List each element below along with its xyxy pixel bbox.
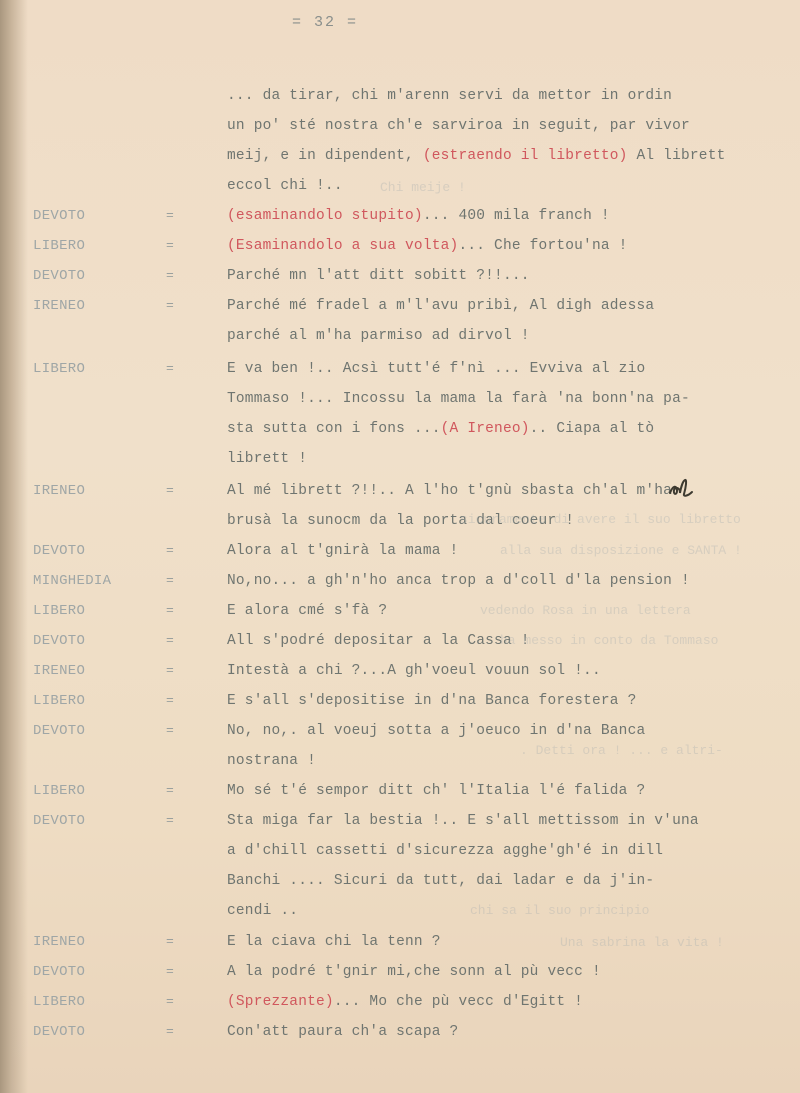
show-through-text: sicuramente di avere il suo libretto	[460, 512, 741, 527]
page-number: = 32 =	[292, 14, 358, 31]
dialogue-text: E s'all s'depositise in d'na Banca fores…	[227, 689, 636, 713]
dialogue-text: Tommaso !... Incossu la mama la farà 'na…	[227, 387, 690, 411]
dialogue-fragment: .. Ciapa al tò	[530, 421, 655, 437]
script-line: IRENEO=Intestà a chi ?...A gh'voeul vouu…	[0, 659, 800, 683]
dialogue-separator: =	[166, 779, 174, 803]
dialogue-fragment: E la ciava chi la tenn ?	[227, 934, 441, 950]
script-line: LIBERO=(Esaminandolo a sua volta)... Che…	[0, 234, 800, 258]
dialogue-text: (esaminandolo stupito)... 400 mila franc…	[227, 204, 610, 228]
stage-direction: (esaminandolo stupito)	[227, 208, 423, 224]
show-through-text: Una sabrina la vita !	[560, 935, 724, 950]
dialogue-text: ... da tirar, chi m'arenn servi da metto…	[227, 84, 672, 108]
speaker-name: DEVOTO	[33, 809, 85, 833]
dialogue-text: (Sprezzante)... Mo che pù vecc d'Egitt !	[227, 990, 583, 1014]
dialogue-fragment: No, no,. al voeuj sotta a j'oeuco in d'n…	[227, 723, 645, 739]
speaker-name: IRENEO	[33, 294, 85, 318]
dialogue-text: eccol chi !..	[227, 174, 343, 198]
script-line: LIBERO=E va ben !.. Acsì tutt'é f'nì ...…	[0, 357, 800, 381]
dialogue-separator: =	[166, 1020, 174, 1044]
dialogue-separator: =	[166, 539, 174, 563]
dialogue-text: Parché mn l'att ditt sobitt ?!!...	[227, 264, 530, 288]
dialogue-separator: =	[166, 264, 174, 288]
dialogue-fragment: Parché mn l'att ditt sobitt ?!!...	[227, 268, 530, 284]
dialogue-fragment: E alora cmé s'fà ?	[227, 603, 387, 619]
dialogue-text: un po' sté nostra ch'e sarviroa in segui…	[227, 114, 690, 138]
dialogue-fragment: No,no... a gh'n'ho anca trop a d'coll d'…	[227, 573, 690, 589]
script-line: cendi ..	[0, 899, 800, 923]
dialogue-text: parché al m'ha parmiso ad dirvol !	[227, 324, 530, 348]
dialogue-fragment: nostrana !	[227, 753, 316, 769]
dialogue-separator: =	[166, 960, 174, 984]
script-line: LIBERO=Mo sé t'é sempor ditt ch' l'Itali…	[0, 779, 800, 803]
dialogue-text: No,no... a gh'n'ho anca trop a d'coll d'…	[227, 569, 690, 593]
dialogue-fragment: All s'podré depositar a la Cassa !	[227, 633, 530, 649]
speaker-name: DEVOTO	[33, 1020, 85, 1044]
dialogue-fragment: cendi ..	[227, 903, 298, 919]
script-line: LIBERO=(Sprezzante)... Mo che pù vecc d'…	[0, 990, 800, 1014]
script-line: librett !	[0, 447, 800, 471]
dialogue-separator: =	[166, 234, 174, 258]
script-line: DEVOTO=A la podré t'gnir mi,che sonn al …	[0, 960, 800, 984]
speaker-name: LIBERO	[33, 234, 85, 258]
dialogue-fragment: a d'chill cassetti d'sicurezza agghe'gh'…	[227, 843, 663, 859]
dialogue-text: All s'podré depositar a la Cassa !	[227, 629, 530, 653]
dialogue-separator: =	[166, 357, 174, 381]
dialogue-text: cendi ..	[227, 899, 298, 923]
speaker-name: LIBERO	[33, 599, 85, 623]
dialogue-separator: =	[166, 204, 174, 228]
script-line: DEVOTO=(esaminandolo stupito)... 400 mil…	[0, 204, 800, 228]
dialogue-fragment: librett !	[227, 451, 307, 467]
dialogue-fragment: Tommaso !... Incossu la mama la farà 'na…	[227, 391, 690, 407]
dialogue-separator: =	[166, 809, 174, 833]
dialogue-fragment: parché al m'ha parmiso ad dirvol !	[227, 328, 530, 344]
speaker-name: IRENEO	[33, 930, 85, 954]
script-line: Tommaso !... Incossu la mama la farà 'na…	[0, 387, 800, 411]
dialogue-fragment: Con'att paura ch'a scapa ?	[227, 1024, 458, 1040]
script-line: MINGHEDIA=No,no... a gh'n'ho anca trop a…	[0, 569, 800, 593]
show-through-text: alla sua disposizione e SANTA !	[500, 543, 742, 558]
dialogue-text: Banchi .... Sicuri da tutt, dai ladar e …	[227, 869, 654, 893]
dialogue-fragment: E va ben !.. Acsì tutt'é f'nì ... Evviva…	[227, 361, 645, 377]
speaker-name: DEVOTO	[33, 719, 85, 743]
speaker-name: LIBERO	[33, 779, 85, 803]
dialogue-separator: =	[166, 990, 174, 1014]
dialogue-separator: =	[166, 294, 174, 318]
dialogue-fragment: Intestà a chi ?...A gh'voeul vouun sol !…	[227, 663, 601, 679]
dialogue-separator: =	[166, 629, 174, 653]
speaker-name: DEVOTO	[33, 204, 85, 228]
dialogue-fragment: Banchi .... Sicuri da tutt, dai ladar e …	[227, 873, 654, 889]
dialogue-text: meij, e in dipendent, (estraendo il libr…	[227, 144, 726, 168]
dialogue-fragment: E s'all s'depositise in d'na Banca fores…	[227, 693, 636, 709]
stage-direction: (estraendo il libretto)	[423, 148, 628, 164]
dialogue-text: Alora al t'gnirà la mama !	[227, 539, 458, 563]
stage-direction: (Esaminandolo a sua volta)	[227, 238, 458, 254]
script-line: meij, e in dipendent, (estraendo il libr…	[0, 144, 800, 168]
dialogue-text: sta sutta con i fons ...(A Ireneo).. Cia…	[227, 417, 654, 441]
script-line: DEVOTO=No, no,. al voeuj sotta a j'oeuco…	[0, 719, 800, 743]
speaker-name: DEVOTO	[33, 629, 85, 653]
dialogue-text: Mo sé t'é sempor ditt ch' l'Italia l'é f…	[227, 779, 645, 803]
dialogue-text: Sta miga far la bestia !.. E s'all metti…	[227, 809, 699, 833]
dialogue-text: a d'chill cassetti d'sicurezza agghe'gh'…	[227, 839, 663, 863]
dialogue-separator: =	[166, 930, 174, 954]
dialogue-separator: =	[166, 659, 174, 683]
show-through-text: . Detti ora ! ... e altri-	[520, 743, 723, 758]
script-line: DEVOTO=Sta miga far la bestia !.. E s'al…	[0, 809, 800, 833]
script-line: LIBERO=E s'all s'depositise in d'na Banc…	[0, 689, 800, 713]
dialogue-fragment: ... Che fortou'na !	[458, 238, 627, 254]
dialogue-fragment: ... 400 mila franch !	[423, 208, 610, 224]
dialogue-fragment: meij, e in dipendent,	[227, 148, 423, 164]
dialogue-text: E la ciava chi la tenn ?	[227, 930, 441, 954]
show-through-text: chi sa il suo principio	[470, 903, 649, 918]
speaker-name: DEVOTO	[33, 539, 85, 563]
dialogue-fragment: Parché mé fradel a m'l'avu pribì, Al dig…	[227, 298, 654, 314]
dialogue-text: Al mé librett ?!!.. A l'ho t'gnù sbasta …	[227, 479, 672, 503]
dialogue-separator: =	[166, 689, 174, 713]
dialogue-fragment: ... da tirar, chi m'arenn servi da metto…	[227, 88, 672, 104]
dialogue-fragment: sta sutta con i fons ...	[227, 421, 441, 437]
script-line: ... da tirar, chi m'arenn servi da metto…	[0, 84, 800, 108]
dialogue-text: No, no,. al voeuj sotta a j'oeuco in d'n…	[227, 719, 645, 743]
speaker-name: LIBERO	[33, 357, 85, 381]
script-line: parché al m'ha parmiso ad dirvol !	[0, 324, 800, 348]
dialogue-fragment: Al mé librett ?!!.. A l'ho t'gnù sbasta …	[227, 483, 672, 499]
dialogue-text: E alora cmé s'fà ?	[227, 599, 387, 623]
dialogue-text: Con'att paura ch'a scapa ?	[227, 1020, 458, 1044]
dialogue-fragment: Mo sé t'é sempor ditt ch' l'Italia l'é f…	[227, 783, 645, 799]
dialogue-fragment: un po' sté nostra ch'e sarviroa in segui…	[227, 118, 690, 134]
show-through-text: Chi meije !	[380, 180, 466, 195]
dialogue-fragment: A la podré t'gnir mi,che sonn al pù vecc…	[227, 964, 601, 980]
script-line: DEVOTO=Con'att paura ch'a scapa ?	[0, 1020, 800, 1044]
speaker-name: DEVOTO	[33, 264, 85, 288]
dialogue-fragment: Sta miga far la bestia !.. E s'all metti…	[227, 813, 699, 829]
speaker-name: LIBERO	[33, 689, 85, 713]
stage-direction: (Sprezzante)	[227, 994, 334, 1010]
speaker-name: DEVOTO	[33, 960, 85, 984]
dialogue-separator: =	[166, 479, 174, 503]
handwritten-mark	[668, 477, 698, 499]
dialogue-fragment: Al librett	[628, 148, 726, 164]
script-line: IRENEO=Parché mé fradel a m'l'avu pribì,…	[0, 294, 800, 318]
script-line: Banchi .... Sicuri da tutt, dai ladar e …	[0, 869, 800, 893]
script-line: sta sutta con i fons ...(A Ireneo).. Cia…	[0, 417, 800, 441]
dialogue-text: Intestà a chi ?...A gh'voeul vouun sol !…	[227, 659, 601, 683]
dialogue-text: A la podré t'gnir mi,che sonn al pù vecc…	[227, 960, 601, 984]
dialogue-text: nostrana !	[227, 749, 316, 773]
dialogue-separator: =	[166, 599, 174, 623]
dialogue-fragment: ... Mo che pù vecc d'Egitt !	[334, 994, 583, 1010]
dialogue-separator: =	[166, 719, 174, 743]
dialogue-text: E va ben !.. Acsì tutt'é f'nì ... Evviva…	[227, 357, 645, 381]
dialogue-fragment: eccol chi !..	[227, 178, 343, 194]
script-line: un po' sté nostra ch'e sarviroa in segui…	[0, 114, 800, 138]
show-through-text: ha messo in conto da Tommaso	[500, 633, 718, 648]
dialogue-text: Parché mé fradel a m'l'avu pribì, Al dig…	[227, 294, 654, 318]
speaker-name: IRENEO	[33, 659, 85, 683]
dialogue-text: (Esaminandolo a sua volta)... Che fortou…	[227, 234, 628, 258]
speaker-name: MINGHEDIA	[33, 569, 111, 593]
stage-direction: (A Ireneo)	[441, 421, 530, 437]
script-line: DEVOTO=Parché mn l'att ditt sobitt ?!!..…	[0, 264, 800, 288]
dialogue-text: librett !	[227, 447, 307, 471]
script-line: a d'chill cassetti d'sicurezza agghe'gh'…	[0, 839, 800, 863]
show-through-text: vedendo Rosa in una lettera	[480, 603, 691, 618]
speaker-name: LIBERO	[33, 990, 85, 1014]
speaker-name: IRENEO	[33, 479, 85, 503]
dialogue-fragment: Alora al t'gnirà la mama !	[227, 543, 458, 559]
dialogue-separator: =	[166, 569, 174, 593]
